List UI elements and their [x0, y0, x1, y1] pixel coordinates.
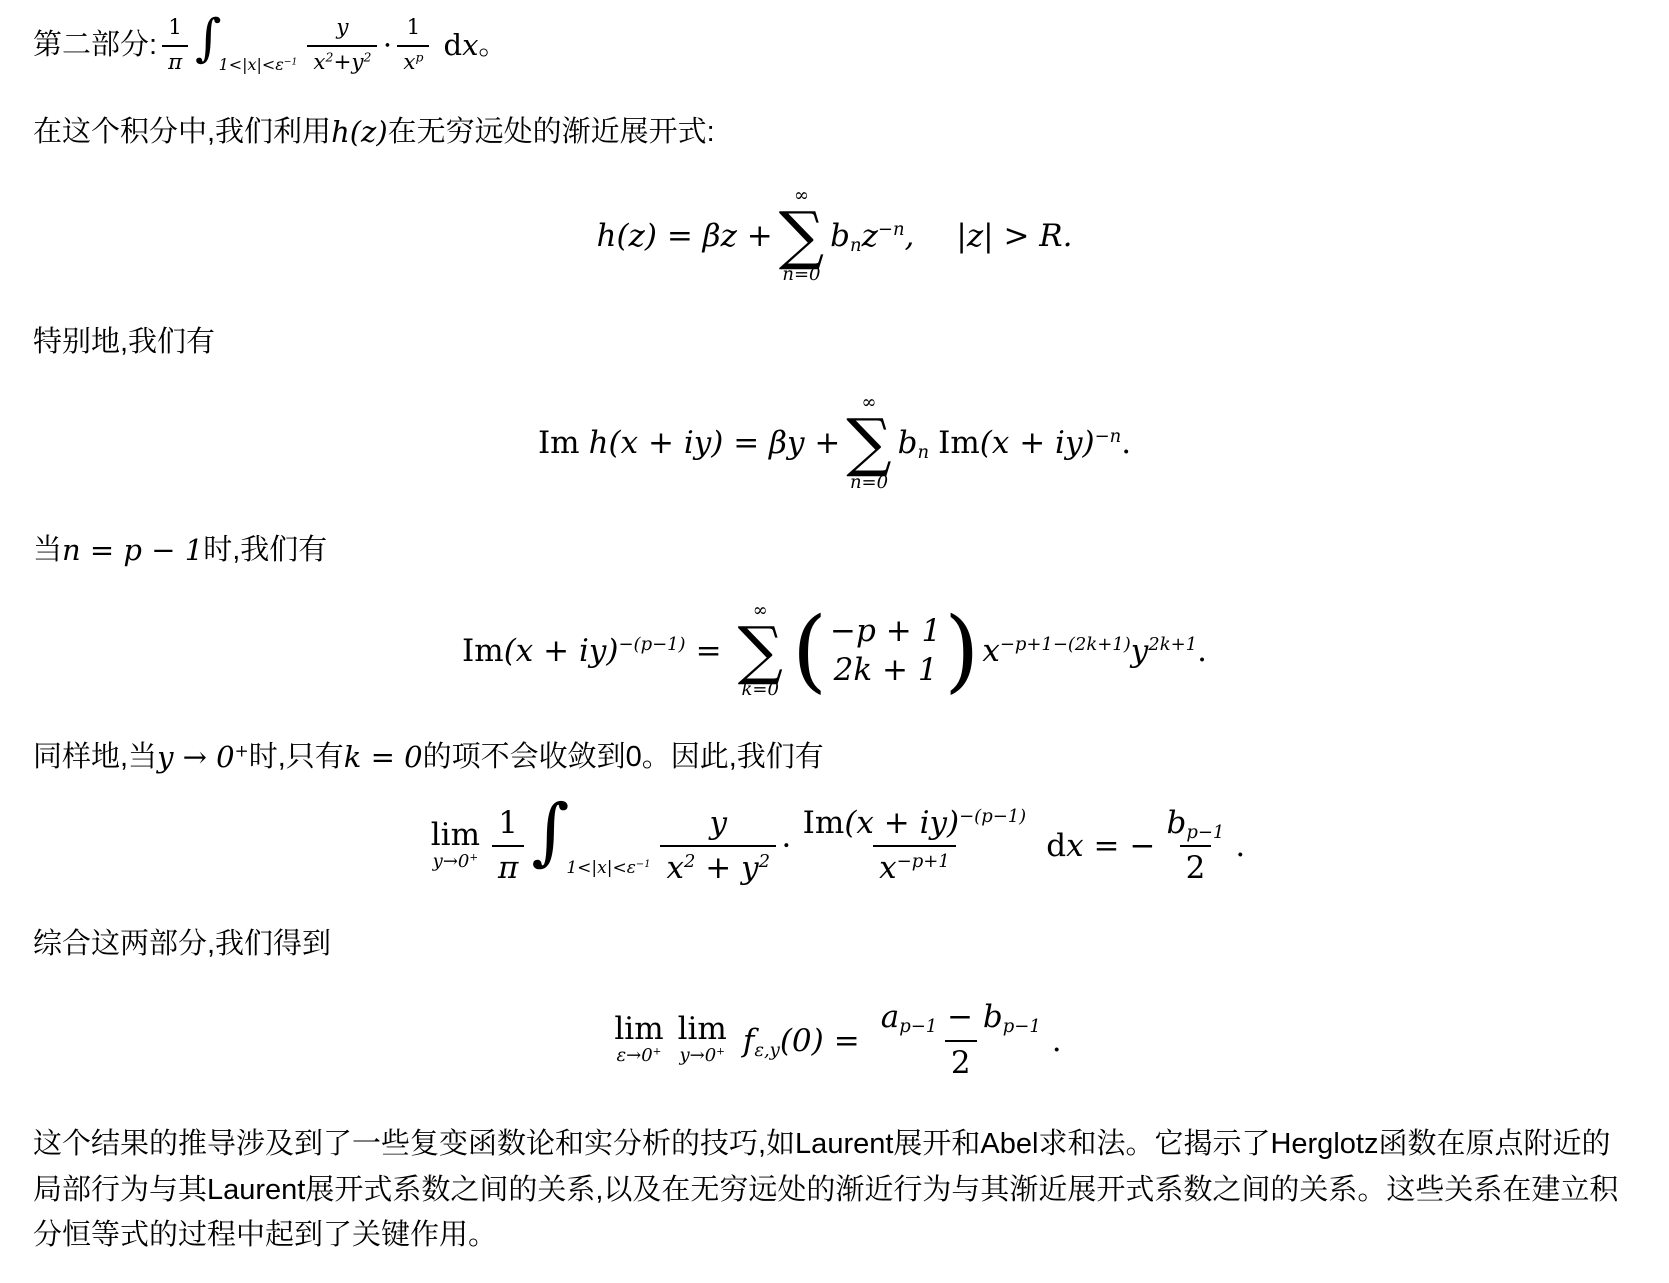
differential-d: d: [443, 24, 462, 68]
paragraph-text: 时,我们有: [203, 529, 327, 573]
den-x-exp: p: [416, 49, 424, 64]
var-z-exp: −n: [878, 219, 905, 240]
den-y-exp: 2: [759, 851, 770, 872]
period: .: [1121, 425, 1131, 461]
var-x-exp: −p+1−(2k+1): [1000, 634, 1131, 655]
fraction-a-minus-b-over-2: ap−1 − bp−1 2: [875, 1000, 1047, 1081]
differential-x: x: [462, 24, 478, 68]
period: .: [1235, 829, 1245, 863]
formula-condition: |z| > R.: [956, 219, 1072, 253]
differential: dx: [1046, 829, 1083, 863]
integral-bounds: 1<|x|<ε−1: [219, 55, 298, 74]
formula-lhs: h(x + iy) = βy +: [589, 426, 841, 460]
paragraph-text: 在无穷远处的渐近展开式:: [388, 111, 715, 155]
lim-subscript: y→0+: [433, 851, 478, 873]
lim-word: lim: [431, 820, 480, 851]
coef-a: a: [881, 999, 899, 1035]
heading-line: 第二部分: 1 π ∫1<|x|<ε−1 y x2+y2 ⋅ 1 xp dx 。: [33, 16, 1636, 75]
summation: ∞ ∑ k=0: [738, 602, 783, 700]
heading-period: 。: [478, 24, 507, 68]
limit: lim y→0+: [431, 820, 480, 873]
limit-expr: y → 0: [157, 740, 235, 774]
integral-bounds-exponent: −1: [636, 858, 651, 869]
display-formula-final-result: lim ε→0+ lim y→0+ fε,y(0) = ap−1 − bp−1 …: [33, 1000, 1636, 1081]
integral-sign: ∫: [531, 789, 569, 874]
paragraph-when-n: 当 n = p − 1 时,我们有: [33, 529, 1636, 573]
display-formula-binomial-expansion: Im(x + iy)−(p−1) = ∞ ∑ k=0 ( −p + 1 2k +…: [33, 602, 1636, 700]
fraction-numerator: 1: [401, 16, 427, 45]
operator-im: Im: [938, 425, 980, 461]
lim-condition: y→0: [680, 1045, 717, 1066]
cdot-operator: ⋅: [781, 829, 792, 863]
coef-b: b: [983, 999, 1003, 1035]
sum-lower-limit: n=0: [782, 265, 820, 285]
fraction-numerator: 1: [492, 806, 524, 846]
den-plus-y: +y: [333, 50, 363, 75]
base-x-iy: (x + iy): [844, 805, 959, 841]
integral-bounds-text: 1<|x|<ε: [566, 858, 636, 878]
integral-bounds: 1<|x|<ε−1: [566, 858, 650, 878]
fraction-numerator: ap−1 − bp−1: [875, 1000, 1047, 1040]
coef-a-sub: p−1: [899, 1017, 937, 1038]
formula-term: bnz−n,: [830, 219, 914, 253]
paragraph-text: 当: [33, 529, 62, 573]
binomial-entries: −p + 1 2k + 1: [827, 612, 944, 690]
fraction-one-over-pi: 1 π: [162, 16, 188, 75]
plus-superscript: +: [469, 851, 478, 863]
lim-condition: y→0: [433, 851, 470, 872]
display-formula-im-h: Im h(x + iy) = βy + ∞ ∑ n=0 bn Im(x + iy…: [33, 394, 1636, 492]
heading-inline-formula: 1 π ∫1<|x|<ε−1 y x2+y2 ⋅ 1 xp dx: [157, 16, 478, 75]
coef-b: b: [898, 425, 918, 461]
coef-b-sub: p−1: [1186, 822, 1224, 843]
fraction-numerator: y: [704, 806, 734, 846]
exponent: −n: [1095, 426, 1122, 447]
paragraph-especially: 特别地,我们有: [33, 321, 1636, 365]
coef-b-sub: p−1: [1003, 1017, 1041, 1038]
var-f-sub: ε,y: [754, 1040, 780, 1061]
sigma-symbol: ∑: [779, 205, 824, 265]
var-x: x: [982, 633, 999, 669]
den-x-exp: 2: [684, 851, 695, 872]
lim-condition: ε→0: [617, 1045, 653, 1066]
fraction-denominator: x2+y2: [307, 45, 377, 76]
lim-word: lim: [678, 1014, 727, 1045]
paragraph-text: 的项不会收敛到0。因此,我们有: [423, 736, 824, 780]
exponent: −(p−1): [619, 634, 686, 655]
fraction-denominator: xp: [397, 45, 429, 76]
formula-lhs: Im(x + iy)−(p−1): [462, 634, 686, 668]
den-x: x: [403, 50, 415, 75]
document-page: 第二部分: 1 π ∫1<|x|<ε−1 y x2+y2 ⋅ 1 xp dx 。…: [0, 0, 1669, 1283]
function-f: fε,y(0): [743, 1024, 824, 1058]
display-formula-limit-integral: lim y→0+ 1 π ∫1<|x|<ε−1 y x2 + y2 ⋅ Im(x…: [33, 806, 1636, 887]
fraction-one-over-xp: 1 xp: [397, 16, 429, 75]
comma: ,: [905, 218, 915, 254]
fraction-denominator: π: [492, 845, 524, 887]
base-x-iy: (x + iy): [504, 633, 619, 669]
equals-sign: =: [834, 1024, 860, 1058]
var-f: f: [743, 1023, 754, 1059]
var-y-exp: 2k+1: [1148, 634, 1197, 655]
differential-d: d: [1046, 828, 1066, 864]
fraction-numerator: y: [330, 16, 354, 45]
fraction-numerator: 1: [162, 16, 188, 45]
den-x: x: [879, 850, 896, 886]
paragraph-text: 综合这两部分,我们得到: [33, 923, 331, 967]
summation: ∞ ∑ n=0: [779, 187, 824, 285]
binomial-coefficient: ( −p + 1 2k + 1 ): [792, 612, 979, 690]
paragraph-text: 同样地,当: [33, 736, 157, 780]
fraction-im-over-x: Im(x + iy)−(p−1) x−p+1: [797, 806, 1033, 887]
closing-paragraph: 这个结果的推导涉及到了一些复变函数论和实分析的技巧,如Laurent展开和Abe…: [33, 1122, 1636, 1259]
fraction-denominator: x2 + y2: [660, 845, 776, 887]
cdot-operator: ⋅: [382, 24, 392, 68]
differential-x: x: [1066, 828, 1083, 864]
sum-lower-limit: n=0: [850, 473, 888, 493]
fraction-b-over-2: bp−1 2: [1161, 806, 1231, 887]
operator-im: Im: [462, 633, 504, 669]
var-z: z: [862, 218, 878, 254]
integral: ∫1<|x|<ε−1: [531, 828, 653, 864]
fraction-y-over-x2y2: y x2+y2: [307, 16, 377, 75]
period: .: [1197, 633, 1207, 669]
var-y: y: [1131, 633, 1149, 669]
integral-bounds-exponent: −1: [284, 56, 298, 67]
fraction-denominator: x−p+1: [873, 845, 956, 887]
operator-im: Im: [803, 805, 845, 841]
integral-bounds-text: 1<|x|<ε: [219, 55, 284, 74]
coef-b-sub: n: [850, 235, 862, 256]
paragraph-combining: 综合这两部分,我们得到: [33, 923, 1636, 967]
function-argument: (0): [780, 1023, 824, 1059]
den-plus-y: + y: [695, 850, 758, 886]
lim-word: lim: [614, 1014, 663, 1045]
display-formula-hz-expansion: h(z) = βz + ∞ ∑ n=0 bnz−n, |z| > R.: [33, 187, 1636, 285]
inline-math-n-p-1: n = p − 1: [62, 529, 203, 573]
paragraph-text: 特别地,我们有: [33, 321, 215, 365]
inline-math-hz: h(z): [331, 111, 388, 155]
base-x-iy: (x + iy): [980, 425, 1095, 461]
limit-y: lim y→0+: [678, 1014, 727, 1067]
fraction-denominator: 2: [945, 1040, 977, 1082]
coef-b-sub: n: [918, 442, 930, 463]
fraction-numerator: bp−1: [1161, 806, 1231, 846]
period: .: [1052, 1024, 1062, 1058]
sigma-symbol: ∑: [846, 412, 891, 472]
paragraph-intro: 在这个积分中,我们利用 h(z) 在无穷远处的渐近展开式:: [33, 111, 1636, 155]
formula-term: Im(x + iy)−n.: [938, 426, 1131, 460]
fraction-y-over-x2y2: y x2 + y2: [660, 806, 776, 887]
exponent: −(p−1): [959, 806, 1026, 827]
fraction-denominator: π: [162, 45, 188, 76]
equals-sign: =: [696, 634, 722, 668]
plus-superscript: +: [716, 1046, 725, 1058]
den-x: x: [666, 850, 683, 886]
formula-term: bn: [898, 426, 929, 460]
paragraph-text: 时,只有: [249, 736, 344, 780]
lim-subscript: ε→0+: [617, 1045, 662, 1067]
plus-superscript: +: [235, 741, 249, 761]
formula-term: x−p+1−(2k+1)y2k+1.: [982, 634, 1207, 668]
coef-b: b: [1167, 805, 1187, 841]
integral: ∫1<|x|<ε−1: [195, 24, 300, 68]
plus-superscript: +: [653, 1046, 662, 1058]
inline-math-k-0: k = 0: [344, 736, 423, 780]
binomial-top: −p + 1: [830, 612, 941, 651]
inline-math-y-to-0: y → 0+: [157, 736, 249, 780]
fraction-denominator: 2: [1180, 845, 1212, 887]
fraction-numerator: Im(x + iy)−(p−1): [797, 806, 1033, 846]
sigma-symbol: ∑: [738, 620, 783, 680]
sum-lower-limit: k=0: [742, 680, 779, 700]
summation: ∞ ∑ n=0: [846, 394, 891, 492]
limit-epsilon: lim ε→0+: [614, 1014, 663, 1067]
coef-b: b: [830, 218, 850, 254]
operator-im: Im: [538, 426, 580, 460]
formula-lhs: h(z) = βz +: [596, 219, 772, 253]
den-x: x: [313, 50, 325, 75]
heading-label: 第二部分:: [33, 24, 157, 68]
lim-subscript: y→0+: [680, 1045, 725, 1067]
paragraph-text: 在这个积分中,我们利用: [33, 111, 331, 155]
den-x-exp: −p+1: [897, 851, 950, 872]
equals-sign: =: [1094, 829, 1120, 863]
den-y-exp: 2: [364, 49, 372, 64]
paragraph-similarly: 同样地,当 y → 0+ 时,只有 k = 0 的项不会收敛到0。因此,我们有: [33, 736, 1636, 780]
fraction-one-over-pi: 1 π: [492, 806, 524, 887]
minus-sign: −: [937, 999, 983, 1035]
binomial-bottom: 2k + 1: [834, 651, 938, 690]
minus-sign: −: [1130, 829, 1156, 863]
